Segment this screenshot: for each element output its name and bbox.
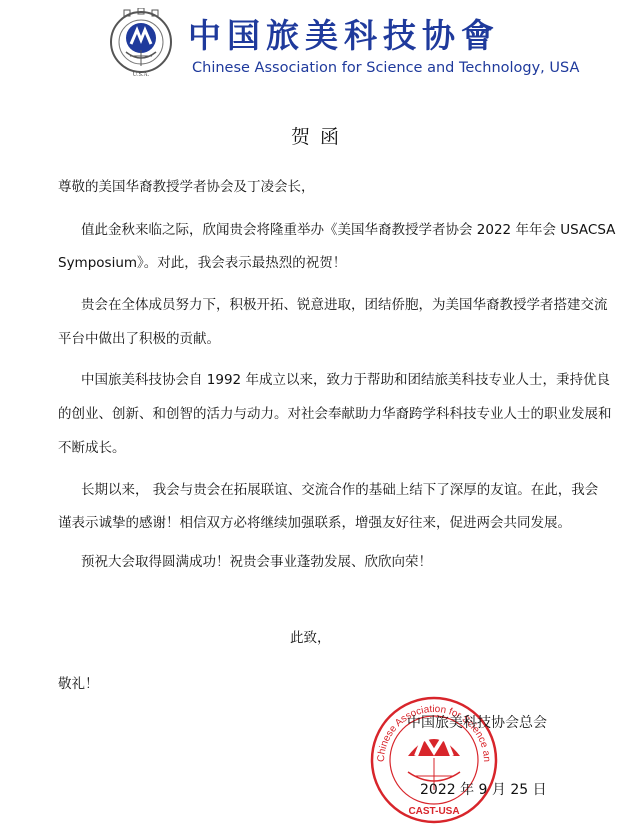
paragraph-2-line-2: 平台中做出了积极的贡献。 bbox=[58, 330, 220, 348]
svg-text:U.S.A.: U.S.A. bbox=[133, 72, 150, 78]
association-name-en: Chinese Association for Science and Tech… bbox=[192, 60, 579, 76]
paragraph-4-line-1: 长期以来， 我会与贵会在拓展联谊、交流合作的基础上结下了深厚的友谊。在此，我会 bbox=[81, 481, 598, 499]
paragraph-3-line-3: 不断成长。 bbox=[58, 439, 126, 457]
paragraph-2-line-1: 贵会在全体成员努力下，积极开拓、锐意进取，团结侨胞，为美国华裔教授学者搭建交流 bbox=[81, 296, 608, 314]
paragraph-5-line-1: 预祝大会取得圆满成功！祝贵会事业蓬勃发展、欣欣向荣！ bbox=[81, 553, 432, 571]
association-emblem-icon: U.S.A. bbox=[104, 8, 178, 78]
closing: 此致， bbox=[290, 629, 331, 647]
paragraph-1-line-2: Symposium》。对此，我会表示最热烈的祝贺！ bbox=[58, 254, 346, 272]
paragraph-4-line-2: 谨表示诚挚的感谢！相信双方必将继续加强联系，增强友好往来，促进两会共同发展。 bbox=[58, 514, 571, 532]
association-name-cn: 中国旅美科技协會 bbox=[188, 10, 500, 57]
paragraph-1-line-1: 值此金秋来临之际，欣闻贵会将隆重举办《美国华裔教授学者协会 2022 年年会 U… bbox=[81, 221, 615, 239]
svg-text:CAST-USA: CAST-USA bbox=[408, 806, 459, 817]
paragraph-3-line-1: 中国旅美科技协会自 1992 年成立以来，致力于帮助和团结旅美科技专业人士，秉持… bbox=[81, 371, 610, 389]
signature-date: 2022 年 9 月 25 日 bbox=[420, 781, 547, 799]
salutation: 尊敬的美国华裔教授学者协会及丁凌会长， bbox=[58, 178, 315, 196]
regards: 敬礼！ bbox=[58, 675, 99, 693]
letterhead: U.S.A. 中国旅美科技协會 Chinese Association for … bbox=[104, 6, 544, 80]
paragraph-3-line-2: 的创业、创新、和创智的活力与动力。对社会奉献助力华裔跨学科科技专业人士的职业发展… bbox=[58, 405, 612, 423]
letter-title: 贺函 bbox=[0, 122, 640, 149]
signature-org: 中国旅美科技协会总会 bbox=[407, 714, 547, 732]
